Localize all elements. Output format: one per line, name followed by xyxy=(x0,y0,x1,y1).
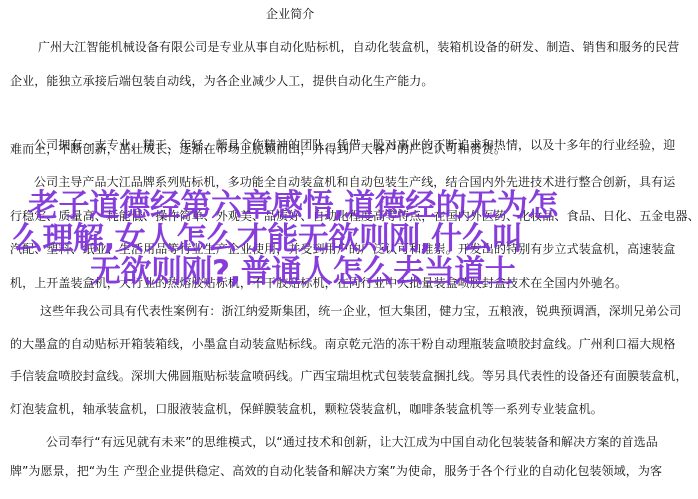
paragraph-line: 的大墨盒的自动贴标开箱装箱线，小墨盒自动装盒贴标线。南京乾元浩的冻干粉自动理瓶装… xyxy=(10,336,676,352)
paragraph-line: 企业，能独立承接后端包装自动线，为各企业减少人工，提供自动化生产能力。 xyxy=(10,73,434,89)
paragraph-line: 这些年我公司具有代表性案例有：浙江纳爱斯集团，统一企业，恒大集团，健力宝，五粮液… xyxy=(40,303,681,319)
document-title: 企业简介 xyxy=(266,6,314,22)
overlay-line-1[interactable]: 老子道德经第六章感悟,道德经的无为怎 xyxy=(28,190,698,223)
paragraph-line: 灯泡装盒机，轴承装盒机，口服液装盒机，保鲜膜装盒机，颗粒袋装盒机，咖啡条装盒机等… xyxy=(10,401,603,417)
overlay-line-2[interactable]: 么理解,女人怎么才能无欲则刚,什么叫 xyxy=(12,223,698,256)
paragraph-line: 手信装盒喷胶封盒线。深圳大佛圆瓶贴标装盒喷码线。广西宝瑞坦枕式包装装盒捆扎线。等… xyxy=(10,368,688,384)
paragraph-line: 广州大江智能机械设备有限公司是专业从事自动化贴标机，自动化装盒机，装箱机设备的研… xyxy=(38,39,679,55)
paragraph-line: 公司奉行“有远见就有未来”的思维模式，以“通过技术和创新，让大江成为中国自动化包… xyxy=(46,434,658,450)
overlay-headline[interactable]: 老子道德经第六章感悟,道德经的无为怎 么理解,女人怎么才能无欲则刚,什么叫 无欲… xyxy=(28,190,698,289)
paragraph-line: 牌”为愿景，把“为生 产型企业提供稳定、高效的自动化装备和解决方案”为使命，服务… xyxy=(10,463,662,479)
paragraph-line: 难而上，不断创新，茁壮成长，逐渐在市场上脱颖而出，并得到广大客户的广泛认可和赞赏… xyxy=(10,141,506,157)
overlay-line-3[interactable]: 无欲则刚?,普通人怎么去当道士 xyxy=(90,256,698,289)
